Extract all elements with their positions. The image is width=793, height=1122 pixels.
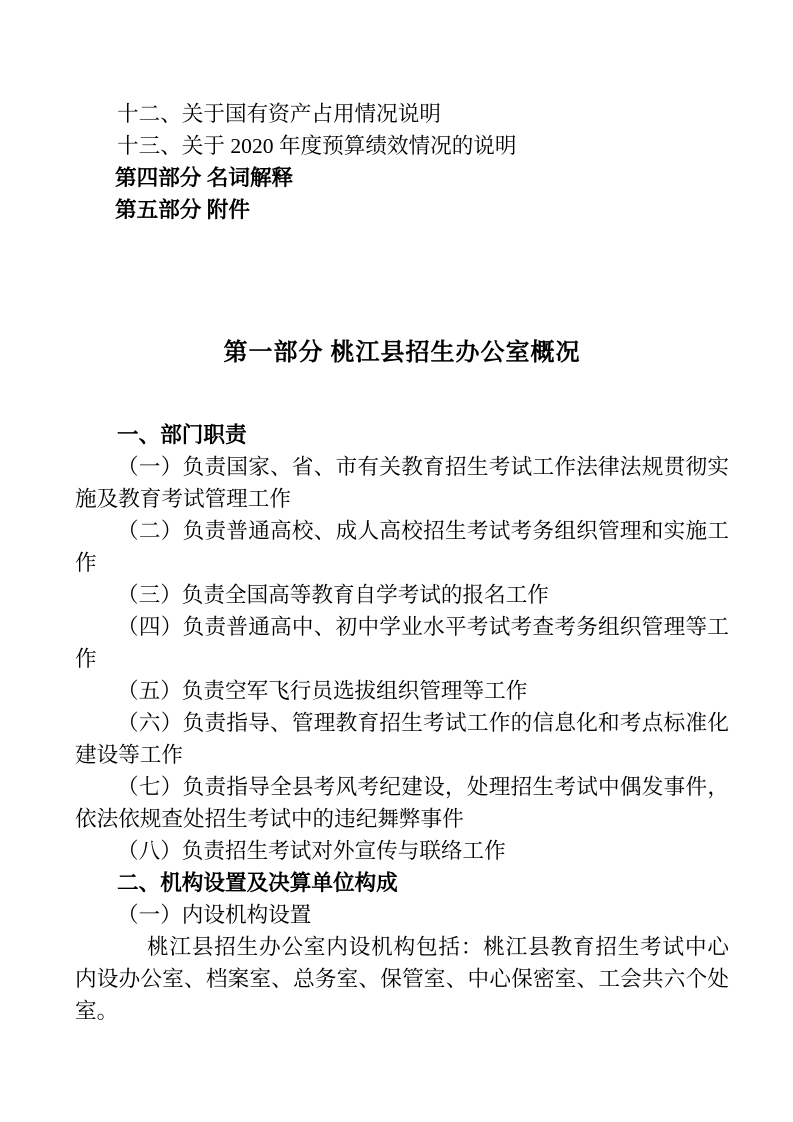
duties-heading: 一、部门职责 [75,419,729,451]
organization-paragraph: 桃江县招生办公室内设机构包括：桃江县教育招生考试中心内设办公室、档案室、总务室、… [75,931,729,1027]
duty-item-1: （一）负责国家、省、市有关教育招生考试工作法律法规贯彻实施及教育考试管理工作 [75,451,729,515]
toc-item-12: 十二、关于国有资产占用情况说明 [75,98,729,130]
organization-subheading: （一）内设机构设置 [75,899,729,931]
part-title: 第一部分 桃江县招生办公室概况 [75,333,729,373]
toc-item-13: 十三、关于 2020 年度预算绩效情况的说明 [75,130,729,162]
duty-item-8: （八）负责招生考试对外宣传与联络工作 [75,835,729,867]
duty-item-2: （二）负责普通高校、成人高校招生考试考务组织管理和实施工作 [75,515,729,579]
duty-item-4: （四）负责普通高中、初中学业水平考试考查考务组织管理等工作 [75,611,729,675]
document-page: 十二、关于国有资产占用情况说明 十三、关于 2020 年度预算绩效情况的说明 第… [0,0,793,1122]
toc-part-4: 第四部分 名词解释 [75,162,729,194]
duty-item-5: （五）负责空军飞行员选拔组织管理等工作 [75,675,729,707]
section-body: 一、部门职责 （一）负责国家、省、市有关教育招生考试工作法律法规贯彻实施及教育考… [75,419,729,1027]
duty-item-6: （六）负责指导、管理教育招生考试工作的信息化和考点标准化建设等工作 [75,707,729,771]
duty-item-7: （七）负责指导全县考风考纪建设，处理招生考试中偶发事件，依法依规查处招生考试中的… [75,771,729,835]
duty-item-3: （三）负责全国高等教育自学考试的报名工作 [75,579,729,611]
table-of-contents: 十二、关于国有资产占用情况说明 十三、关于 2020 年度预算绩效情况的说明 第… [75,98,729,226]
organization-heading: 二、机构设置及决算单位构成 [75,867,729,899]
toc-part-5: 第五部分 附件 [75,194,729,226]
